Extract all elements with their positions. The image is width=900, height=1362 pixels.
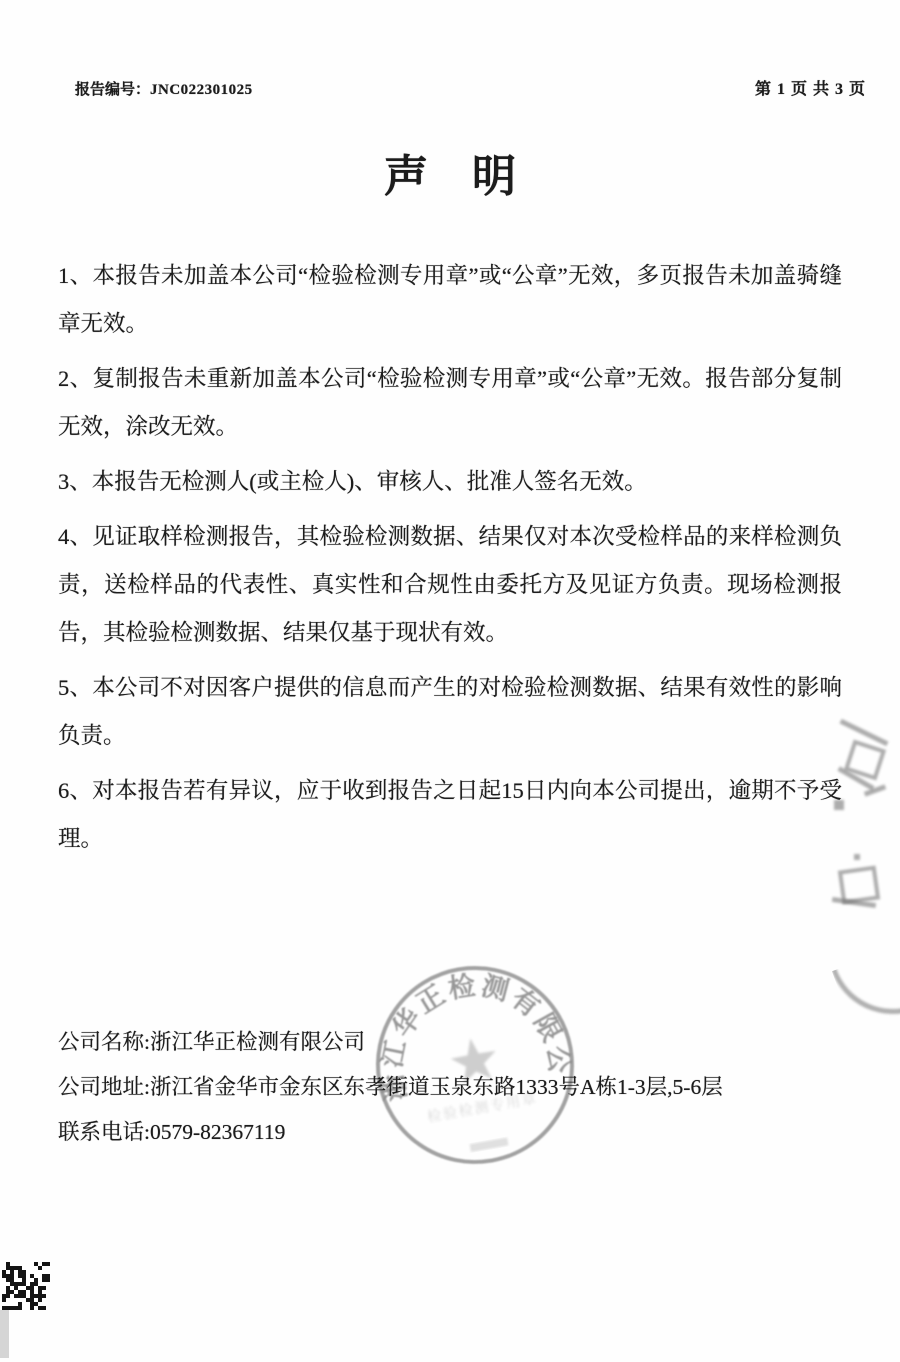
page-title: 声 明 bbox=[0, 140, 900, 204]
declaration-item-2: 2、复制报告未重新加盖本公司“检验检测专用章”或“公章”无效。报告部分复制无效，… bbox=[58, 355, 842, 451]
company-phone-value: 0579-82367119 bbox=[150, 1120, 285, 1144]
page-indicator: 第 1 页 共 3 页 bbox=[755, 76, 866, 99]
declaration-item-1: 1、本报告未加盖本公司“检验检测专用章”或“公章”无效，多页报告未加盖骑缝章无效… bbox=[58, 252, 842, 348]
company-info: 公司名称:浙江华正检测有限公司 公司地址:浙江省金华市金东区东孝街道玉泉东路13… bbox=[58, 1020, 758, 1155]
report-number-value: JNC022301025 bbox=[150, 82, 253, 98]
declaration-item-3: 3、本报告无检测人(或主检人)、审核人、批准人签名无效。 bbox=[58, 458, 842, 506]
scan-artifact-strip bbox=[0, 1310, 9, 1358]
company-name-label: 公司名称: bbox=[58, 1030, 150, 1054]
company-phone-label: 联系电话: bbox=[58, 1120, 150, 1144]
company-address-line: 公司地址:浙江省金华市金东区东孝街道玉泉东路1333号A栋1-3层,5-6层 bbox=[58, 1065, 758, 1110]
company-address-value: 浙江省金华市金东区东孝街道玉泉东路1333号A栋1-3层,5-6层 bbox=[150, 1075, 723, 1099]
company-phone-line: 联系电话:0579-82367119 bbox=[58, 1110, 758, 1155]
declaration-item-6: 6、对本报告若有异议，应于收到报告之日起15日内向本公司提出，逾期不予受理。 bbox=[58, 767, 842, 863]
report-number-label: 报告编号： bbox=[75, 82, 150, 98]
company-address-label: 公司地址: bbox=[58, 1075, 150, 1099]
scanned-report-declaration-page: 报告编号：JNC022301025 第 1 页 共 3 页 声 明 1、本报告未… bbox=[0, 0, 900, 1362]
declaration-item-5: 5、本公司不对因客户提供的信息而产生的对检验检测数据、结果有效性的影响负责。 bbox=[58, 664, 842, 760]
declaration-item-4: 4、见证取样检测报告，其检验检测数据、结果仅对本次受检样品的来样检测负责，送检样… bbox=[58, 513, 842, 657]
company-name-value: 浙江华正检测有限公司 bbox=[150, 1030, 365, 1054]
report-number: 报告编号：JNC022301025 bbox=[75, 78, 253, 99]
edge-seal-fragment-upper bbox=[834, 728, 900, 823]
declaration-body: 1、本报告未加盖本公司“检验检测专用章”或“公章”无效，多页报告未加盖骑缝章无效… bbox=[58, 252, 842, 870]
company-name-line: 公司名称:浙江华正检测有限公司 bbox=[58, 1020, 758, 1065]
qr-code bbox=[2, 1262, 50, 1310]
